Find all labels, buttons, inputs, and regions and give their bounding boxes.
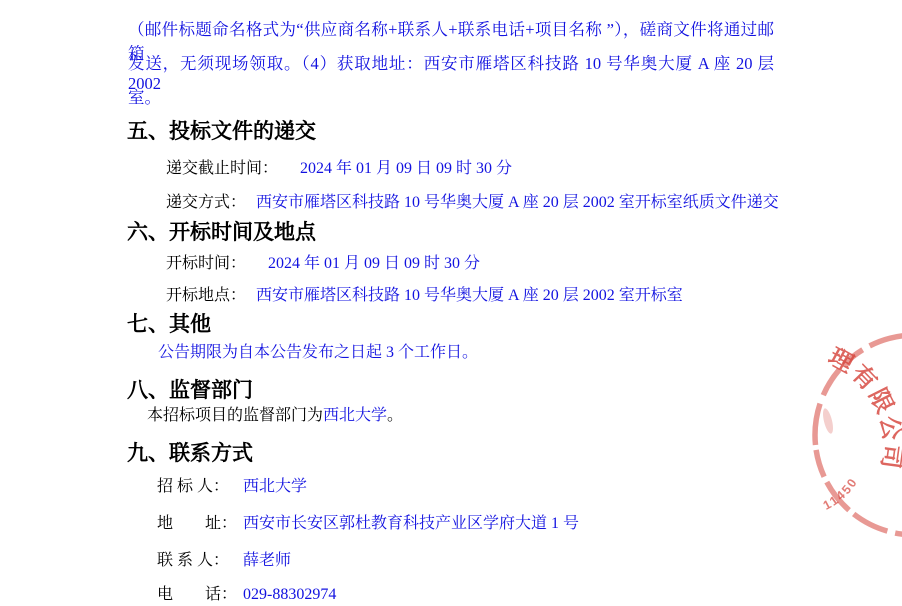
field-value: 西北大学 [243,473,307,496]
field-label: 递交截止时间： [166,155,278,178]
supervision-line: 本招标项目的监督部门为西北大学。 [147,406,403,426]
seal-ring [815,335,902,535]
seal-arc-text: 理有限公司 [824,343,902,472]
section-heading-6: 六、开标时间及地点 [127,216,316,246]
field-label: 招 标 人： [157,473,233,496]
section-heading-5: 五、投标文件的递交 [127,115,316,145]
field-label: 递交方式： [166,189,246,212]
seal-serial-number: 11450 [821,475,861,513]
field-value: 2024 年 01 月 09 日 09 时 30 分 [268,250,480,273]
supervision-prefix: 本招标项目的监督部门为 [147,407,323,424]
section-heading-7: 七、其他 [127,308,211,338]
field-value: 2024 年 01 月 09 日 09 时 30 分 [300,155,512,178]
field-row-delivery-method: 递交方式： 西安市雁塔区科技路 10 号华奥大厦 A 座 20 层 2002 室… [166,189,779,212]
contact-row-person: 联 系 人： 薛老师 [157,547,291,570]
announcement-period-note: 公告期限为自本公告发布之日起 3 个工作日。 [158,343,478,363]
field-value: 西安市雁塔区科技路 10 号华奥大厦 A 座 20 层 2002 室开标室纸质文… [256,189,779,212]
field-row-opening-place: 开标地点： 西安市雁塔区科技路 10 号华奥大厦 A 座 20 层 2002 室… [166,282,683,305]
supervision-suffix: 。 [387,407,403,424]
section-heading-9: 九、联系方式 [127,437,253,467]
field-value: 029-88302974 [243,586,336,604]
field-row-opening-time: 开标时间： 2024 年 01 月 09 日 09 时 30 分 [166,250,480,273]
field-label: 开标地点： [166,282,246,305]
field-label: 电 话： [157,581,233,604]
svg-text:11450: 11450 [821,475,861,513]
field-value: 西安市雁塔区科技路 10 号华奥大厦 A 座 20 层 2002 室开标室 [256,282,683,305]
contact-row-address: 地 址： 西安市长安区郭杜教育科技产业区学府大道 1 号 [157,510,579,533]
company-seal: 理有限公司 11450 [690,320,902,560]
section-heading-8: 八、监督部门 [127,374,253,404]
field-label: 联 系 人： [157,547,233,570]
svg-text:理有限公司: 理有限公司 [824,343,902,472]
supervision-department: 西北大学 [323,407,387,424]
contact-row-tenderer: 招 标 人： 西北大学 [157,473,307,496]
field-row-deadline: 递交截止时间： 2024 年 01 月 09 日 09 时 30 分 [166,155,512,178]
seal-emblem-smudge [821,407,835,434]
field-label: 地 址： [157,510,233,533]
contact-row-phone: 电 话： 029-88302974 [157,581,336,604]
tender-notice-page: （邮件标题命名格式为“供应商名称+联系人+联系电话+项目名称 ”），磋商文件将通… [0,0,902,606]
field-label: 开标时间： [166,250,246,273]
intro-line: 室。 [128,84,774,108]
field-value: 薛老师 [243,547,291,570]
field-value: 西安市长安区郭杜教育科技产业区学府大道 1 号 [243,510,579,533]
